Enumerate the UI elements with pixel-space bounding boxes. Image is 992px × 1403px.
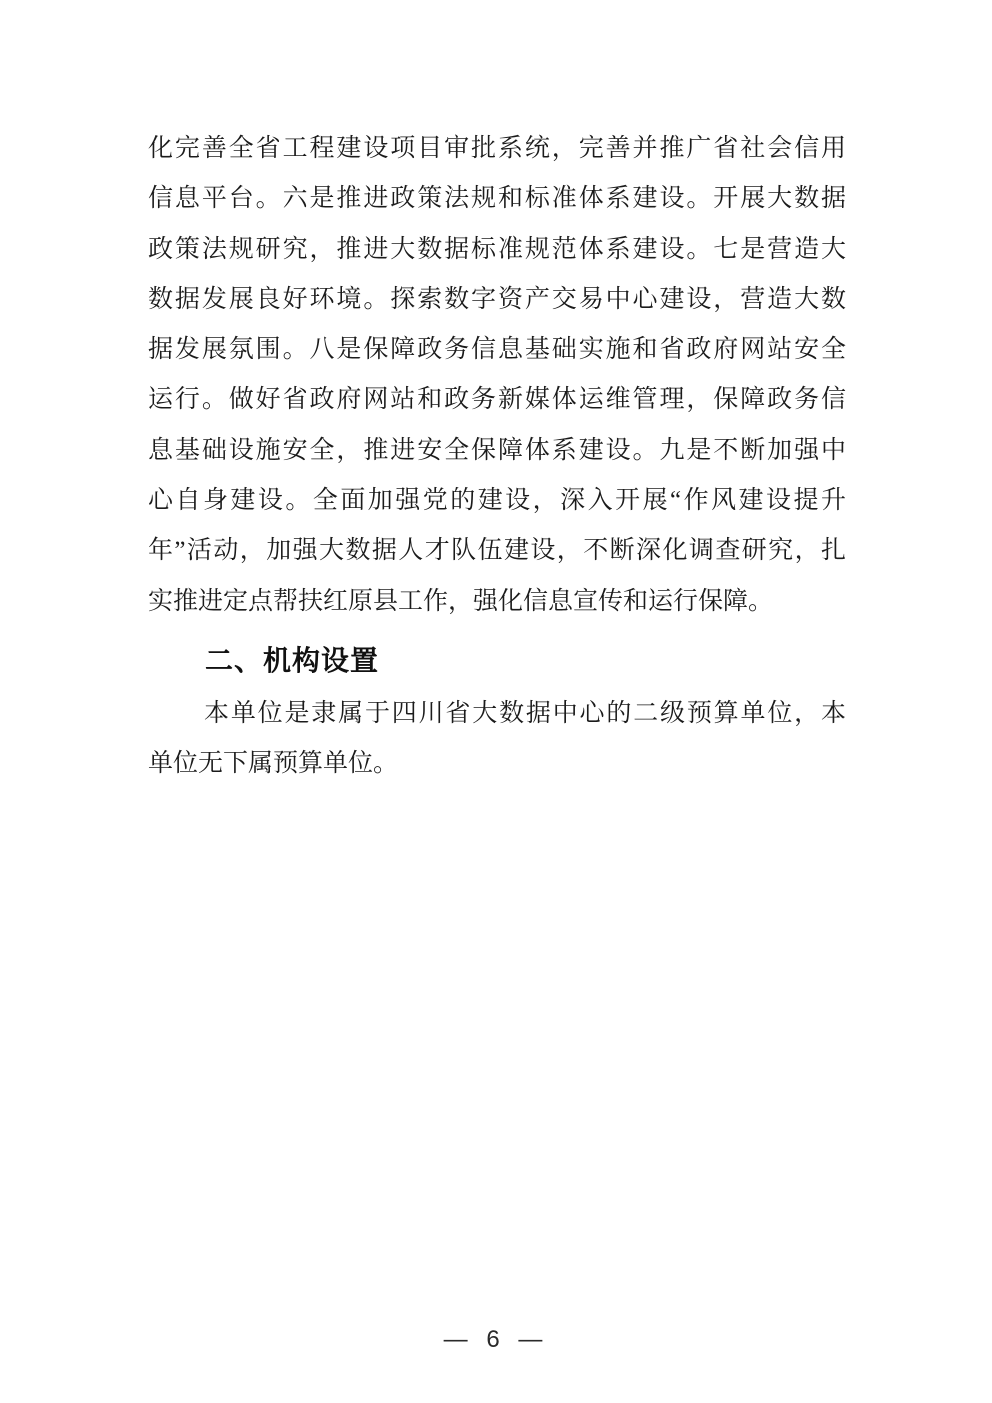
body-line: 信息平台。六是推进政策法规和标准体系建设。开展大数据: [148, 174, 846, 224]
body-line: 息基础设施安全，推进安全保障体系建设。九是不断加强中: [148, 426, 846, 476]
body-line: 数据发展良好环境。探索数字资产交易中心建设，营造大数: [148, 275, 846, 325]
body-line: 实推进定点帮扶红原县工作，强化信息宣传和运行保障。: [148, 577, 846, 627]
section-paragraph: 本单位是隶属于四川省大数据中心的二级预算单位，本 单位无下属预算单位。: [148, 689, 846, 790]
page-footer: — 6 —: [0, 1326, 992, 1354]
body-line: 心自身建设。全面加强党的建设，深入开展“作风建设提升: [148, 476, 846, 526]
body-line: 政策法规研究，推进大数据标准规范体系建设。七是营造大: [148, 225, 846, 275]
body-line: 年”活动，加强大数据人才队伍建设，不断深化调查研究，扎: [148, 526, 846, 576]
page-number: — 6 —: [444, 1326, 549, 1353]
body-paragraph-continuation: 化完善全省工程建设项目审批系统，完善并推广省社会信用 信息平台。六是推进政策法规…: [148, 124, 846, 627]
document-page: 化完善全省工程建设项目审批系统，完善并推广省社会信用 信息平台。六是推进政策法规…: [0, 0, 992, 1403]
body-line: 单位无下属预算单位。: [148, 739, 846, 789]
body-line: 运行。做好省政府网站和政务新媒体运维管理，保障政务信: [148, 375, 846, 425]
body-line: 化完善全省工程建设项目审批系统，完善并推广省社会信用: [148, 124, 846, 174]
section-heading: 二、机构设置: [205, 640, 379, 682]
body-line: 据发展氛围。八是保障政务信息基础实施和省政府网站安全: [148, 325, 846, 375]
body-line: 本单位是隶属于四川省大数据中心的二级预算单位，本: [148, 689, 846, 739]
